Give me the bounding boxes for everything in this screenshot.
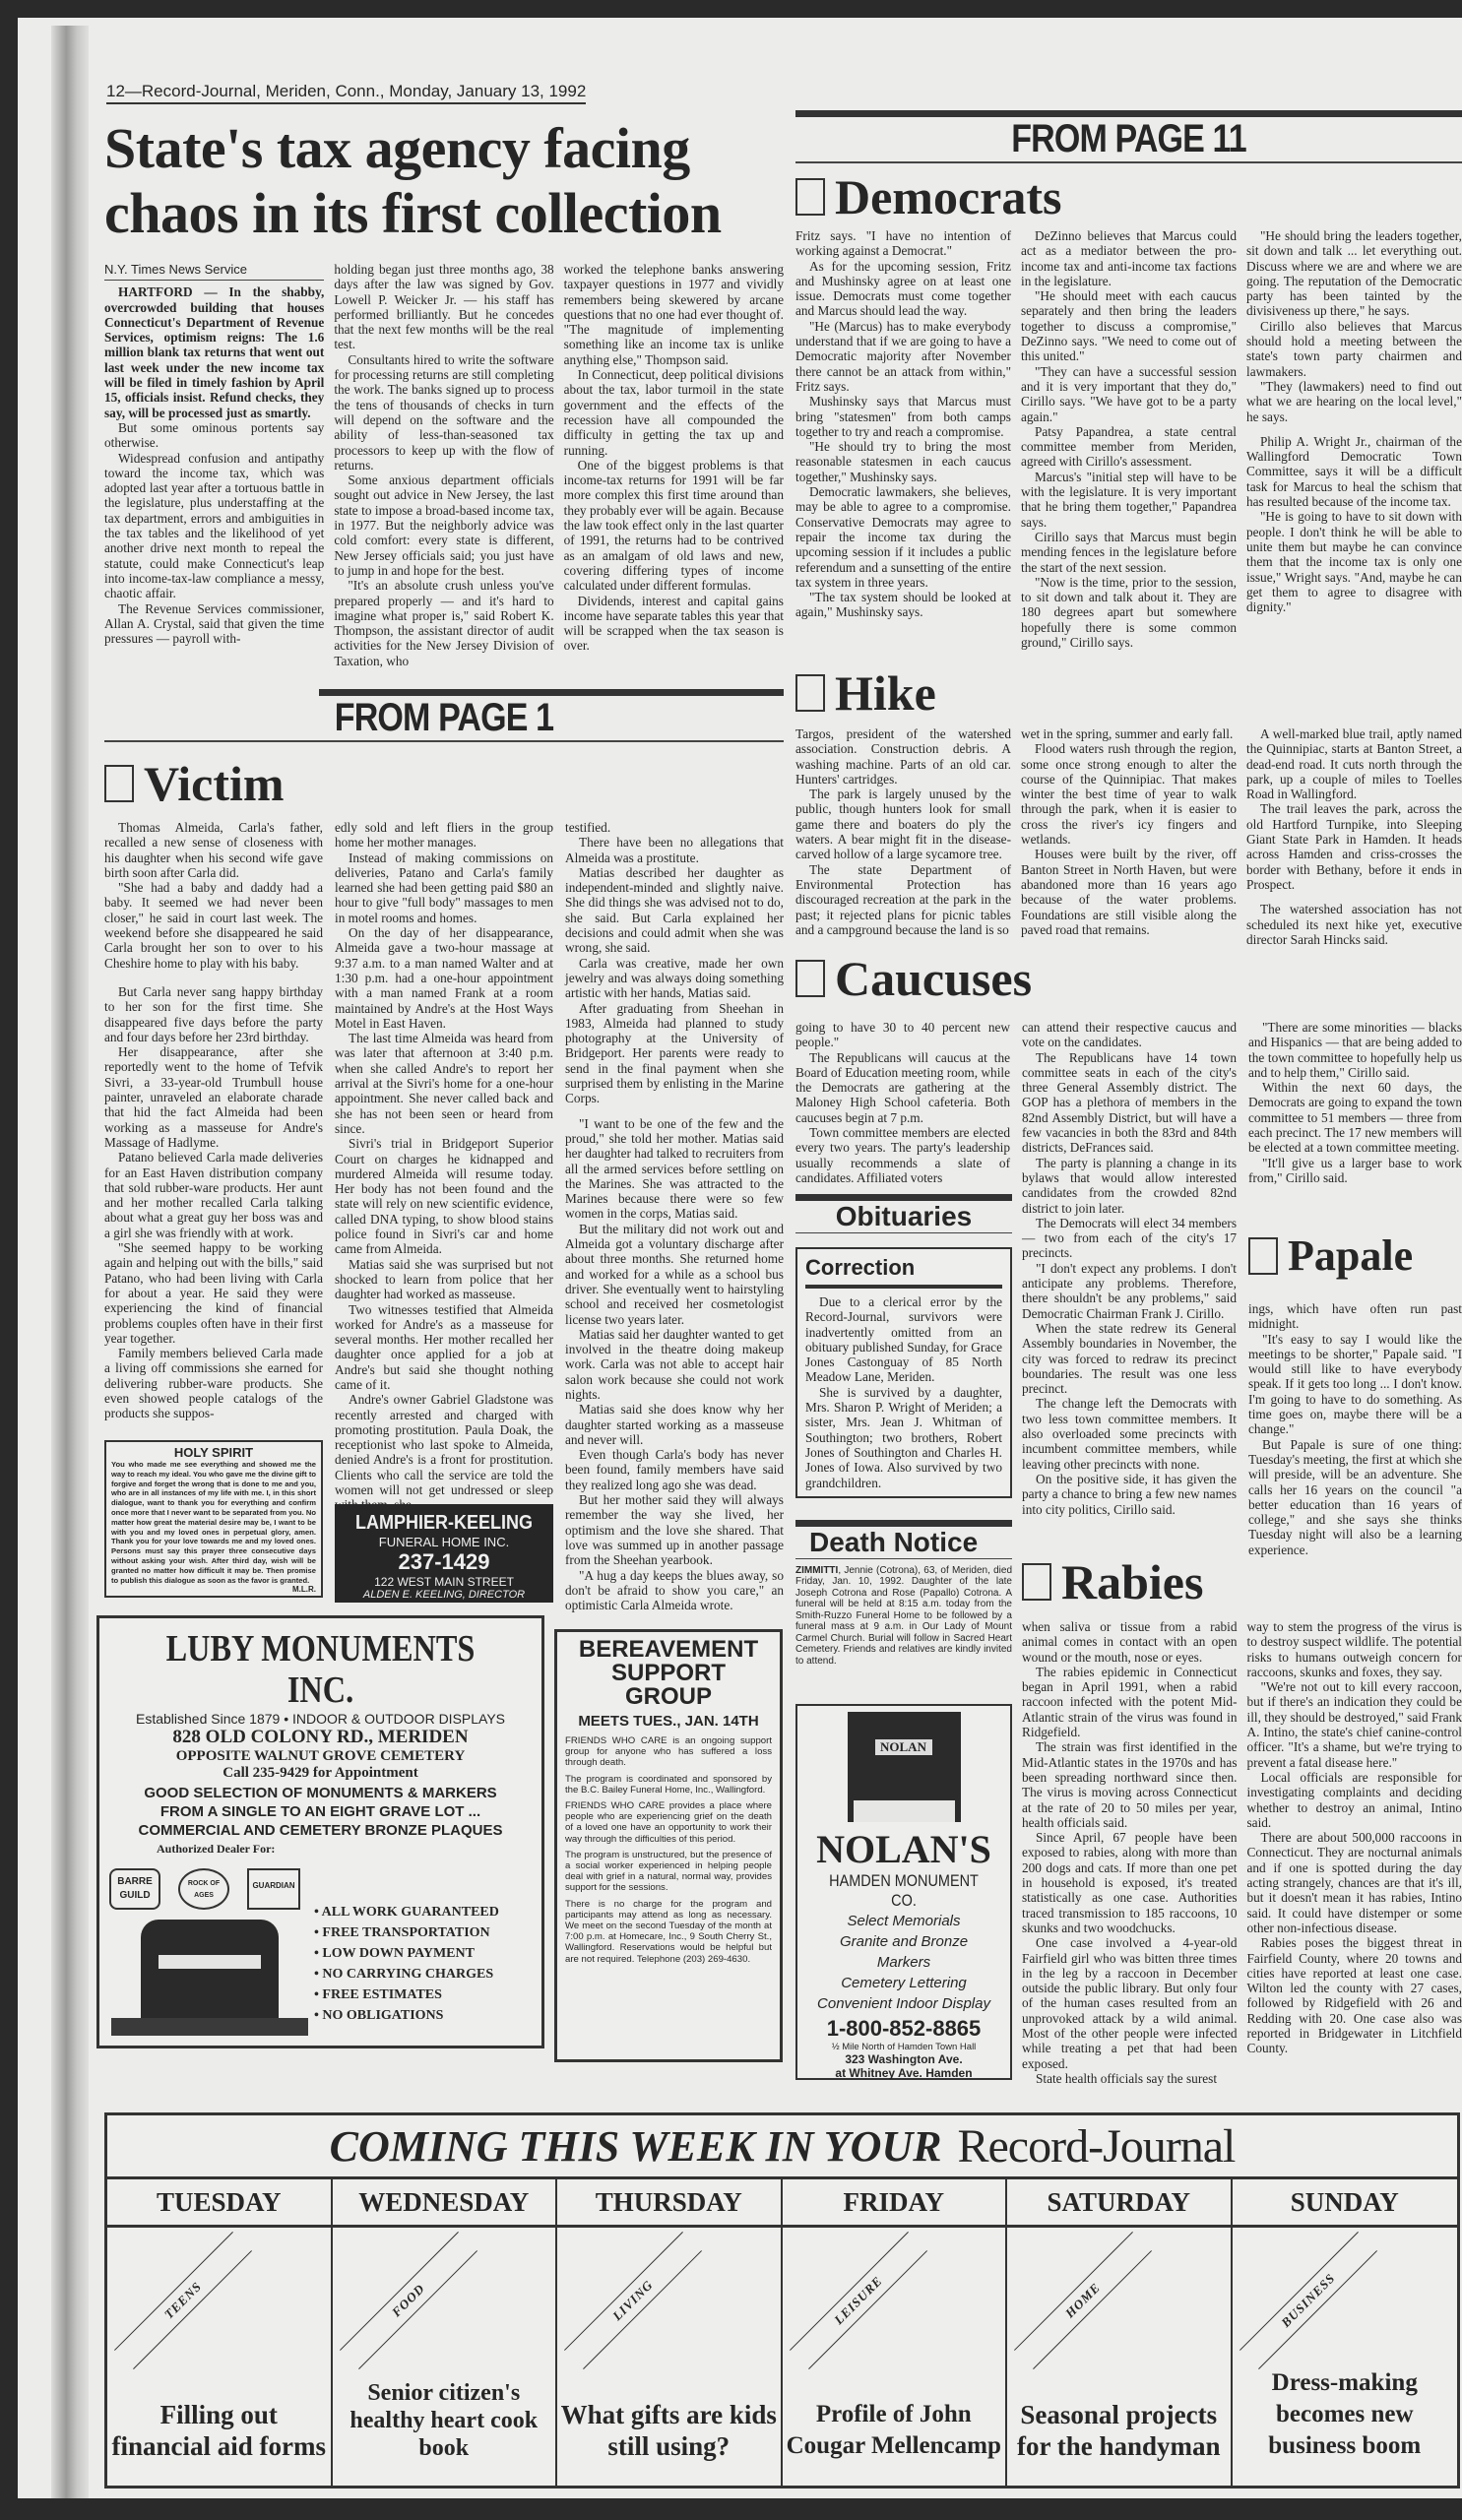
paragraph: There have been no allegations that Alme… bbox=[565, 835, 784, 865]
paragraph: "They can have a successful session and … bbox=[1021, 364, 1237, 424]
paragraph: "Now is the time, prior to the session, … bbox=[1021, 575, 1237, 650]
paragraph: wet in the spring, summer and early fall… bbox=[1021, 726, 1237, 741]
paragraph: Town committee members are elected every… bbox=[795, 1125, 1010, 1185]
paragraph: "It's easy to say I would like the meeti… bbox=[1248, 1332, 1462, 1437]
paragraph: "I don't expect any problems. I don't an… bbox=[1022, 1261, 1237, 1321]
paragraph: "He (Marcus) has to make everybody under… bbox=[795, 319, 1011, 394]
paragraph: Within the next 60 days, the Democrats a… bbox=[1248, 1080, 1462, 1155]
paragraph: But some ominous portents say otherwise. bbox=[104, 420, 324, 451]
papale-col: ings, which have often run past midnight… bbox=[1248, 1301, 1462, 1557]
paragraph: The rabies epidemic in Connecticut began… bbox=[1022, 1665, 1238, 1739]
paragraph: The change left the Democrats with two l… bbox=[1022, 1396, 1237, 1471]
jump-title: Papale bbox=[1288, 1230, 1413, 1282]
correction-box: Correction Due to a clerical error by th… bbox=[795, 1247, 1012, 1498]
hike-col-2: wet in the spring, summer and early fall… bbox=[1021, 726, 1237, 947]
caucuses-jump-head: Caucuses bbox=[795, 953, 1462, 1004]
paragraph: "A hug a day keeps the blues away, so do… bbox=[565, 1568, 784, 1613]
caucuses-col-1: going to have 30 to 40 percent new peopl… bbox=[795, 1020, 1010, 1185]
promo-cell: LIVING What gifts are kids still using? bbox=[557, 2228, 783, 2486]
coming-this-week-promo: COMING THIS WEEK IN YOUR Record-Journal … bbox=[104, 2112, 1460, 2488]
jump-title: Hike bbox=[835, 667, 936, 719]
holy-spirit-ad: HOLY SPIRIT You who made me see everythi… bbox=[104, 1440, 323, 1598]
paragraph: After graduating from Sheehan in 1983, A… bbox=[565, 1001, 784, 1106]
correction-title: Correction bbox=[805, 1255, 1002, 1281]
paragraph: The trail leaves the park, across the ol… bbox=[1246, 801, 1462, 892]
paragraph: testified. bbox=[565, 820, 784, 835]
paragraph: Mushinsky says that Marcus must bring "s… bbox=[795, 394, 1011, 439]
caucuses-col-2: can attend their respective caucus and v… bbox=[1022, 1020, 1237, 1517]
democrats-col-3: "He should bring the leaders together, s… bbox=[1246, 228, 1462, 650]
service-line: Cemetery Lettering bbox=[803, 1973, 1004, 1993]
from-page-1-section: FROM PAGE 1 Victim bbox=[104, 689, 784, 809]
death-notice-body: ZIMMITTI, Jennie (Cotrona), 63, of Merid… bbox=[795, 1565, 1012, 1668]
paragraph: Patsy Papandrea, a state central committ… bbox=[1021, 424, 1237, 470]
day-thursday: THURSDAY bbox=[557, 2179, 783, 2225]
teaser: Seasonal projects for the handyman bbox=[1007, 2399, 1231, 2462]
democrats-col-1: Fritz says. "I have no intention of work… bbox=[795, 228, 1011, 650]
day-saturday: SATURDAY bbox=[1007, 2179, 1233, 2225]
paragraph: But Carla never sang happy birthday to h… bbox=[104, 984, 323, 1044]
bereavement-title: BEREAVEMENT SUPPORT GROUP bbox=[565, 1638, 772, 1709]
paragraph: The last time Almeida was heard from was… bbox=[335, 1031, 553, 1136]
hike-jump-head: Hike bbox=[795, 667, 1462, 719]
luby-monuments-ad: LUBY MONUMENTS INC. Established Since 18… bbox=[96, 1615, 544, 2048]
paragraph: HARTFORD — In the shabby, overcrowded bu… bbox=[104, 284, 324, 420]
tax-story-col-2: holding began just three months ago, 38 … bbox=[334, 262, 553, 668]
paragraph: Democratic lawmakers, she believes, may … bbox=[795, 484, 1011, 590]
holy-spirit-text: You who made me see everything and showe… bbox=[111, 1460, 316, 1585]
caucuses-col-3: "There are some minorities — blacks and … bbox=[1248, 1020, 1462, 1185]
luby-opposite: OPPOSITE WALNUT GROVE CEMETERY bbox=[107, 1748, 534, 1765]
paragraph: Cirillo says that Marcus must begin mend… bbox=[1021, 530, 1237, 575]
jump-title: Democrats bbox=[835, 171, 1061, 222]
paragraph: "We're not out to kill every raccoon, bu… bbox=[1247, 1679, 1462, 1770]
promo-cell: BUSINESS Dress-making becomes new busine… bbox=[1233, 2228, 1458, 2486]
paragraph: Instead of making commissions on deliver… bbox=[335, 850, 553, 925]
teaser: Senior citizen's healthy heart cook book bbox=[333, 2379, 556, 2462]
rule bbox=[795, 1194, 1012, 1201]
luby-name: LUBY MONUMENTS INC. bbox=[139, 1628, 501, 1711]
paragraph: Matias described her daughter as indepen… bbox=[565, 865, 784, 956]
promo-cell: LEISURE Profile of John Cougar Mellencam… bbox=[783, 2228, 1008, 2486]
folio-line: 12—Record-Journal, Meriden, Conn., Monda… bbox=[106, 82, 586, 104]
paragraph: "He is going to have to sit down with pe… bbox=[1246, 509, 1462, 614]
nolan-company: HAMDEN MONUMENT CO. bbox=[818, 1871, 988, 1911]
barre-guild-logo: BARRE GUILD bbox=[109, 1868, 160, 1910]
rule bbox=[795, 1558, 1012, 1559]
paragraph: "He should meet with each caucus separat… bbox=[1021, 288, 1237, 363]
teaser: Dress-making becomes new business boom bbox=[1233, 2367, 1458, 2462]
paragraph: The Republicans have 14 town committee s… bbox=[1022, 1050, 1237, 1156]
nolan-phone: 1-800-852-8865 bbox=[803, 2016, 1004, 2042]
teaser: Profile of John Cougar Mellencamp bbox=[783, 2399, 1006, 2462]
hike-story: Hike Targos, president of the watershed … bbox=[795, 667, 1462, 947]
day-wednesday: WEDNESDAY bbox=[333, 2179, 558, 2225]
promo-cells-row: TEENS Filling out financial aid forms FO… bbox=[107, 2228, 1457, 2486]
rule bbox=[805, 1285, 1002, 1289]
paragraph: Flood waters rush through the region, so… bbox=[1021, 741, 1237, 847]
paragraph: The Democrats will elect 34 members — tw… bbox=[1022, 1216, 1237, 1261]
rabies-jump-head: Rabies bbox=[1022, 1556, 1462, 1607]
paragraph: "She seemed happy to be working again an… bbox=[104, 1240, 323, 1346]
deceased-name: ZIMMITTI bbox=[795, 1565, 838, 1576]
paragraph: Patano believed Carla made deliveries fo… bbox=[104, 1150, 323, 1240]
paragraph: Since April, 67 people have been exposed… bbox=[1022, 1830, 1238, 1935]
luby-logos-and-monument: BARRE GUILD ROCK OF AGES GUARDIAN bbox=[107, 1862, 314, 2049]
paragraph: On the positive side, it has given the p… bbox=[1022, 1472, 1237, 1517]
paragraph: edly sold and left fliers in the group h… bbox=[335, 820, 553, 850]
teaser: Filling out financial aid forms bbox=[107, 2399, 331, 2462]
paragraph: As for the upcoming session, Fritz and M… bbox=[795, 259, 1011, 319]
newspaper-page: 12—Record-Journal, Meriden, Conn., Monda… bbox=[18, 18, 1462, 2498]
paragraph: Fritz says. "I have no intention of work… bbox=[795, 228, 1011, 259]
caucuses-story: Caucuses bbox=[795, 953, 1462, 1004]
promo-days-row: TUESDAY WEDNESDAY THURSDAY FRIDAY SATURD… bbox=[107, 2179, 1457, 2228]
paragraph: worked the telephone banks answering tax… bbox=[564, 262, 784, 367]
jump-title: Caucuses bbox=[835, 953, 1032, 1004]
jump-title: Rabies bbox=[1061, 1556, 1203, 1607]
jump-box-icon bbox=[104, 765, 134, 802]
bullet-item: • FREE ESTIMATES bbox=[314, 1984, 534, 2005]
paragraph: The Republicans will caucus at the Board… bbox=[795, 1050, 1010, 1125]
paragraph: Her disappearance, after she reportedly … bbox=[104, 1044, 323, 1150]
paragraph: The park is largely unused by the public… bbox=[795, 787, 1011, 861]
rule bbox=[795, 1520, 1012, 1527]
luby-call: Call 235-9429 for Appointment bbox=[107, 1765, 534, 1782]
paragraph: Matias said she does know why her daught… bbox=[565, 1402, 784, 1447]
paragraph: FRIENDS WHO CARE is an ongoing support g… bbox=[565, 1735, 772, 1769]
paragraph: Marcus's "initial step will have to be w… bbox=[1021, 470, 1237, 530]
nolan-location: ½ Mile North of Hamden Town Hall bbox=[803, 2042, 1004, 2052]
rule bbox=[795, 110, 1462, 117]
paragraph: A well-marked blue trail, aptly named th… bbox=[1246, 726, 1462, 801]
paragraph: DeZinno believes that Marcus could act a… bbox=[1021, 228, 1237, 288]
nolan-address: 323 Washington Ave. bbox=[803, 2052, 1004, 2066]
paragraph: The party is planning a change in its by… bbox=[1022, 1156, 1237, 1216]
democrats-jump-head: Democrats bbox=[795, 171, 1462, 222]
luby-selection: GOOD SELECTION OF MONUMENTS & MARKERS FR… bbox=[127, 1784, 514, 1840]
jump-box-icon bbox=[1248, 1237, 1278, 1275]
paragraph: One case involved a 4-year-old Fairfield… bbox=[1022, 1935, 1238, 2071]
bullet-item: • NO CARRYING CHARGES bbox=[314, 1964, 534, 1984]
paragraph: Even though Carla's body has never been … bbox=[565, 1447, 784, 1492]
paragraph: On the day of her disappearance, Almeida… bbox=[335, 925, 553, 1031]
paragraph: "He should bring the leaders together, s… bbox=[1246, 228, 1462, 319]
jump-box-icon bbox=[795, 674, 825, 712]
paragraph: But her mother said they will always rem… bbox=[565, 1492, 784, 1567]
victim-col-1: Thomas Almeida, Carla's father, recalled… bbox=[104, 820, 323, 1421]
paragraph: when saliva or tissue from a rabid anima… bbox=[1022, 1619, 1238, 1665]
lamphier-address: 122 WEST MAIN STREET bbox=[335, 1575, 553, 1589]
promo-cell: TEENS Filling out financial aid forms bbox=[107, 2228, 333, 2486]
jump-box-icon bbox=[795, 960, 825, 997]
from-page-11-section: FROM PAGE 11 Democrats Fritz says. "I ha… bbox=[795, 110, 1462, 650]
headstone-image: NOLAN bbox=[848, 1712, 961, 1822]
lamphier-phone: 237-1429 bbox=[335, 1549, 553, 1575]
service-line: Markers bbox=[803, 1952, 1004, 1973]
nolan-name: NOLAN'S bbox=[803, 1828, 1004, 1871]
nolan-services: Select Memorials Granite and Bronze Mark… bbox=[803, 1911, 1004, 2014]
headstone-label: NOLAN bbox=[875, 1739, 932, 1755]
paragraph: The program is coordinated and sponsored… bbox=[565, 1774, 772, 1795]
service-line: Select Memorials bbox=[803, 1911, 1004, 1931]
lamphier-sub: FUNERAL HOME INC. bbox=[335, 1535, 553, 1549]
section-ribbon: TEENS bbox=[114, 2232, 252, 2369]
from-page-1-banner: FROM PAGE 1 bbox=[156, 696, 733, 740]
obituaries-section: Obituaries Correction Due to a clerical … bbox=[795, 1194, 1012, 1667]
hike-col-3: A well-marked blue trail, aptly named th… bbox=[1246, 726, 1462, 947]
promo-title-italic: COMING THIS WEEK IN YOUR bbox=[330, 2121, 942, 2172]
bereavement-meets: MEETS TUES., JAN. 14TH bbox=[565, 1713, 772, 1730]
nolan-address: at Whitney Ave. Hamden bbox=[803, 2066, 1004, 2080]
paragraph: Widespread confusion and antipathy towar… bbox=[104, 451, 324, 601]
paragraph: holding began just three months ago, 38 … bbox=[334, 262, 553, 352]
monument-inscription bbox=[159, 1955, 261, 1969]
section-ribbon: LEISURE bbox=[789, 2232, 926, 2369]
monument-base bbox=[111, 2018, 308, 2036]
luby-address: 828 OLD COLONY RD., MERIDEN bbox=[107, 1727, 534, 1748]
jump-box-icon bbox=[795, 178, 825, 216]
paragraph: "He should try to bring the most reasona… bbox=[795, 439, 1011, 484]
paragraph: Carla was creative, made her own jewelry… bbox=[565, 956, 784, 1001]
luby-bullets: • ALL WORK GUARANTEED • FREE TRANSPORTAT… bbox=[314, 1862, 534, 2049]
bullet-item: • LOW DOWN PAYMENT bbox=[314, 1943, 534, 1964]
page-fold-shadow bbox=[51, 26, 89, 2498]
section-ribbon: HOME bbox=[1014, 2232, 1152, 2369]
paragraph: Matias said her daughter wanted to get i… bbox=[565, 1327, 784, 1402]
paragraph: Thomas Almeida, Carla's father, recalled… bbox=[104, 820, 323, 880]
rule bbox=[104, 740, 784, 742]
lamphier-director: ALDEN E. KEELING, DIRECTOR bbox=[335, 1589, 553, 1601]
jump-box-icon bbox=[1022, 1563, 1051, 1601]
promo-cell: HOME Seasonal projects for the handyman bbox=[1007, 2228, 1233, 2486]
victim-jump-head: Victim bbox=[104, 758, 784, 809]
paragraph: Matias said she was surprised but not sh… bbox=[335, 1257, 553, 1302]
paragraph: Cirillo also believes that Marcus should… bbox=[1246, 319, 1462, 379]
from-page-11-banner: FROM PAGE 11 bbox=[846, 117, 1412, 161]
paragraph: She is survived by a daughter, Mrs. Shar… bbox=[805, 1385, 1002, 1490]
paragraph: "The tax system should be looked at agai… bbox=[795, 590, 1011, 620]
paragraph: "I want to be one of the few and the pro… bbox=[565, 1116, 784, 1222]
bullet-item: • FREE TRANSPORTATION bbox=[314, 1922, 534, 1943]
paragraph: In Connecticut, deep political divisions… bbox=[564, 367, 784, 458]
paragraph: There are about 500,000 raccoons in Conn… bbox=[1247, 1830, 1462, 1935]
rock-of-ages-logo: ROCK OF AGES bbox=[178, 1868, 229, 1910]
paragraph: The watershed association has not schedu… bbox=[1246, 902, 1462, 947]
rule bbox=[795, 1232, 1012, 1233]
paragraph: When the state redrew its General Assemb… bbox=[1022, 1321, 1237, 1396]
tax-story-col-3: worked the telephone banks answering tax… bbox=[564, 262, 784, 668]
tax-story: N.Y. Times News Service HARTFORD — In th… bbox=[104, 262, 784, 668]
luby-established: Established Since 1879 • INDOOR & OUTDOO… bbox=[107, 1711, 534, 1727]
day-sunday: SUNDAY bbox=[1233, 2179, 1458, 2225]
day-friday: FRIDAY bbox=[783, 2179, 1008, 2225]
paragraph: Houses were built by the river, off Bant… bbox=[1021, 847, 1237, 937]
hike-col-1: Targos, president of the watershed assoc… bbox=[795, 726, 1011, 947]
paragraph: Two witnesses testified that Almeida wor… bbox=[335, 1302, 553, 1393]
section-ribbon: LIVING bbox=[564, 2232, 702, 2369]
byline: N.Y. Times News Service bbox=[104, 262, 324, 281]
paragraph: But Papale is sure of one thing: Tuesday… bbox=[1248, 1437, 1462, 1557]
promo-brand: Record-Journal bbox=[957, 2119, 1235, 2173]
guardian-logo: GUARDIAN bbox=[247, 1868, 300, 1910]
correction-body: Due to a clerical error by the Record-Jo… bbox=[805, 1294, 1002, 1490]
paragraph: "It's an absolute crush unless you've pr… bbox=[334, 578, 553, 668]
paragraph: can attend their respective caucus and v… bbox=[1022, 1020, 1237, 1050]
paragraph: Dividends, interest and capital gains in… bbox=[564, 594, 784, 654]
paragraph: Targos, president of the watershed assoc… bbox=[795, 726, 1011, 787]
service-line: Granite and Bronze bbox=[803, 1931, 1004, 1952]
bereavement-ad: BEREAVEMENT SUPPORT GROUP MEETS TUES., J… bbox=[554, 1629, 783, 2062]
paragraph: The program is unstructured, but the pre… bbox=[565, 1850, 772, 1894]
teaser: What gifts are kids still using? bbox=[557, 2399, 781, 2462]
rule bbox=[319, 689, 784, 696]
paragraph: The strain was first identified in the M… bbox=[1022, 1739, 1238, 1830]
bullet-item: • ALL WORK GUARANTEED bbox=[314, 1902, 534, 1922]
monument-image bbox=[141, 1920, 279, 2018]
bereavement-body: FRIENDS WHO CARE is an ongoing support g… bbox=[565, 1735, 772, 1965]
victim-col-3: testified. There have been no allegation… bbox=[565, 820, 784, 1612]
nolan-monument-ad: NOLAN NOLAN'S HAMDEN MONUMENT CO. Select… bbox=[795, 1704, 1012, 2080]
paragraph: way to stem the progress of the virus is… bbox=[1247, 1619, 1462, 1679]
paragraph: There is no charge for the program and p… bbox=[565, 1899, 772, 1965]
holy-spirit-signature: M.L.R. bbox=[111, 1585, 316, 1594]
rabies-col-1: when saliva or tissue from a rabid anima… bbox=[1022, 1619, 1238, 2086]
democrats-col-2: DeZinno believes that Marcus could act a… bbox=[1021, 228, 1237, 650]
paragraph: State health officials say the surest bbox=[1022, 2071, 1238, 2086]
paragraph: Andre's owner Gabriel Gladstone was rece… bbox=[335, 1392, 553, 1512]
jump-title: Victim bbox=[144, 758, 285, 809]
lamphier-keeling-ad: LAMPHIER-KEELING FUNERAL HOME INC. 237-1… bbox=[335, 1504, 553, 1603]
death-notice-text: , Jennie (Cotrona), 63, of Meriden, died… bbox=[795, 1565, 1012, 1667]
obituaries-title: Obituaries bbox=[795, 1201, 1012, 1232]
paragraph: "It'll give us a larger base to work fro… bbox=[1248, 1156, 1462, 1186]
paragraph: Sivri's trial in Bridgeport Superior Cou… bbox=[335, 1136, 553, 1256]
paragraph: Local officials are responsible for inve… bbox=[1247, 1770, 1462, 1830]
victim-col-2: edly sold and left fliers in the group h… bbox=[335, 820, 553, 1513]
section-ribbon: FOOD bbox=[339, 2232, 477, 2369]
paragraph: Philip A. Wright Jr., chairman of the Wa… bbox=[1246, 434, 1462, 509]
headstone-base bbox=[854, 1800, 955, 1822]
paragraph: Consultants hired to write the software … bbox=[334, 352, 553, 472]
day-tuesday: TUESDAY bbox=[107, 2179, 333, 2225]
death-notice-title: Death Notice bbox=[795, 1527, 1012, 1558]
holy-spirit-title: HOLY SPIRIT bbox=[111, 1445, 316, 1460]
service-line: Convenient Indoor Display bbox=[803, 1993, 1004, 2014]
rabies-col-2: way to stem the progress of the virus is… bbox=[1247, 1619, 1462, 2086]
paragraph: The state Department of Environmental Pr… bbox=[795, 862, 1011, 937]
paragraph: Some anxious department officials sought… bbox=[334, 472, 553, 578]
paragraph: "They (lawmakers) need to find out what … bbox=[1246, 379, 1462, 424]
paragraph: The Revenue Services commissioner, Allan… bbox=[104, 601, 324, 647]
paragraph: FRIENDS WHO CARE provides a place where … bbox=[565, 1800, 772, 1845]
tax-story-headline: State's tax agency facing chaos in its f… bbox=[104, 116, 784, 246]
rule bbox=[795, 161, 1462, 163]
section-ribbon: BUSINESS bbox=[1239, 2232, 1376, 2369]
lamphier-name: LAMPHIER-KEELING bbox=[346, 1512, 542, 1535]
rabies-story: Rabies when saliva or tissue from a rabi… bbox=[1022, 1556, 1462, 2086]
papale-story: Papale ings, which have often run past m… bbox=[1248, 1230, 1462, 1557]
luby-dealer: Authorized Dealer For: bbox=[107, 1842, 534, 1857]
paragraph: But the military did not work out and Al… bbox=[565, 1222, 784, 1327]
paragraph: "There are some minorities — blacks and … bbox=[1248, 1020, 1462, 1080]
promo-cell: FOOD Senior citizen's healthy heart cook… bbox=[333, 2228, 558, 2486]
tax-story-col-1: N.Y. Times News Service HARTFORD — In th… bbox=[104, 262, 324, 668]
paragraph: "She had a baby and daddy had a baby. It… bbox=[104, 880, 323, 971]
papale-jump-head: Papale bbox=[1248, 1230, 1462, 1282]
paragraph: ings, which have often run past midnight… bbox=[1248, 1301, 1462, 1332]
paragraph: Family members believed Carla made a liv… bbox=[104, 1346, 323, 1420]
paragraph: going to have 30 to 40 percent new peopl… bbox=[795, 1020, 1010, 1050]
paragraph: Rabies poses the biggest threat in Fairf… bbox=[1247, 1935, 1462, 2055]
paragraph: Due to a clerical error by the Record-Jo… bbox=[805, 1294, 1002, 1385]
bullet-item: • NO OBLIGATIONS bbox=[314, 2005, 534, 2026]
promo-title: COMING THIS WEEK IN YOUR Record-Journal bbox=[107, 2115, 1457, 2179]
paragraph: One of the biggest problems is that inco… bbox=[564, 458, 784, 594]
